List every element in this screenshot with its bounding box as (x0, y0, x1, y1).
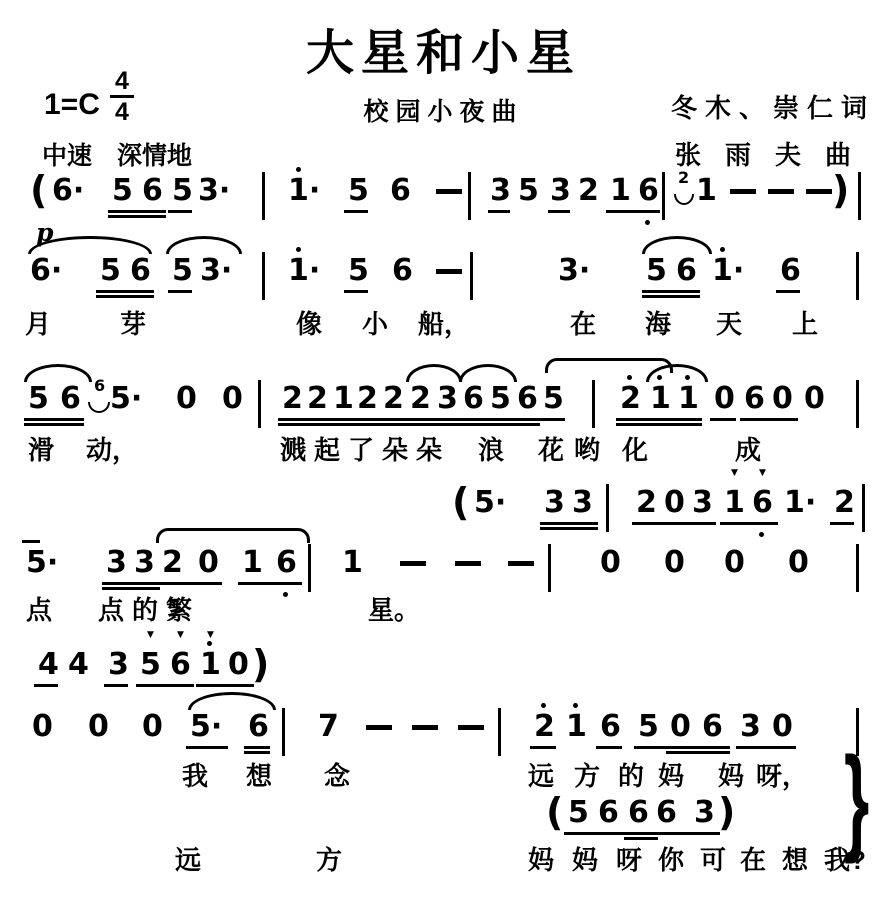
barline (258, 380, 261, 428)
note: 1 (696, 176, 717, 206)
beam-underline (238, 582, 302, 585)
note: 5 (490, 384, 511, 414)
duration-dash (436, 269, 462, 274)
lyric-syllable: 呀 (616, 846, 642, 875)
barline (606, 484, 609, 532)
barline (592, 380, 595, 428)
parenthesis: ( (452, 483, 469, 521)
lyric-syllable: 妈 (658, 762, 684, 791)
slur-arc (406, 364, 462, 382)
beam-underline (168, 210, 192, 213)
slur-arc (156, 528, 310, 543)
lyric-syllable: 芽 (120, 310, 146, 339)
lyric-syllable: 念 (324, 762, 350, 791)
lyric-syllable: 我 (182, 762, 208, 791)
note: 3 (740, 712, 761, 742)
staccato-mark: ▼ (759, 469, 766, 478)
beam-underline (548, 210, 570, 213)
parenthesis: ) (718, 793, 735, 831)
lyric-syllable: 像 (296, 310, 322, 339)
note: 3 (550, 176, 571, 206)
note: 5▼ (140, 650, 161, 680)
lyric-syllable: 动， (86, 436, 138, 465)
note: 1 (610, 176, 631, 206)
note: 6 (390, 176, 411, 206)
note: 6 (744, 384, 765, 414)
slur-arc (642, 236, 712, 254)
lyric-syllable: 月 (25, 310, 51, 339)
beam-underline (244, 746, 270, 749)
note: 3 (437, 384, 458, 414)
note: 5 (172, 176, 193, 206)
note: 6· (30, 256, 62, 286)
note: 1 (333, 384, 354, 414)
score-area: (6·5653·1·5635321621)6·5653·1·563·561·6月… (0, 0, 887, 905)
beam-underline (488, 210, 510, 213)
note: 1· (712, 256, 744, 286)
note: 3 (692, 488, 713, 518)
barline (262, 172, 265, 220)
barline (262, 252, 265, 300)
beam-underline (24, 418, 84, 421)
note: 1 (566, 712, 587, 742)
beam-underline (34, 684, 58, 687)
barline (548, 544, 551, 592)
duration-dash (730, 189, 756, 194)
slur-arc (188, 692, 276, 710)
note: 4 (38, 650, 59, 680)
note: 0 (32, 712, 53, 742)
beam-underline (666, 746, 730, 749)
note: 3 (544, 488, 565, 518)
note: 0 (142, 712, 163, 742)
note: 2 (620, 384, 641, 414)
note: 0 (714, 384, 735, 414)
duration-dash (458, 725, 484, 730)
lyric-syllable: 朵 (382, 436, 408, 465)
duration-dash (508, 561, 534, 566)
note: 1▼ (724, 488, 745, 518)
note: 3 (134, 548, 155, 578)
note: 0 (176, 384, 197, 414)
note: 3 (106, 548, 127, 578)
octave-dot-above (296, 247, 301, 252)
note: 3 (694, 798, 715, 828)
lyric-syllable: 起 (314, 436, 340, 465)
note: 6 (392, 256, 413, 286)
note: 2 (357, 384, 378, 414)
tie-continuation-dash (22, 540, 40, 543)
barline (662, 172, 665, 220)
note: 2 (282, 384, 303, 414)
note: 1· (784, 488, 816, 518)
note: 6 (517, 384, 538, 414)
lyric-syllable: 想 (246, 762, 272, 791)
beam-underline (642, 290, 700, 293)
slur-arc (166, 236, 242, 254)
note: 6 (130, 256, 151, 286)
grace-note: 2 (678, 170, 689, 186)
beam-underline (736, 746, 796, 749)
lyric-syllable: 在 (740, 846, 766, 875)
parenthesis: ) (832, 171, 849, 209)
note: 1▼ (200, 650, 221, 680)
octave-dot-below (283, 592, 288, 597)
barline (470, 252, 473, 300)
lyric-syllable: 小 (362, 310, 388, 339)
tie-arc (88, 402, 110, 413)
octave-dot-above (720, 247, 725, 252)
beam-underline (740, 418, 798, 421)
note: 7 (318, 712, 339, 742)
note: 3· (198, 176, 230, 206)
note: 0 (788, 548, 809, 578)
beam-underline (540, 522, 598, 525)
slur-arc (28, 236, 152, 254)
note: 6 (248, 712, 269, 742)
note: 6 (142, 176, 163, 206)
octave-dot-above (296, 167, 301, 172)
lyric-syllable: 繁 (166, 596, 192, 625)
note: 6 (463, 384, 484, 414)
note: 6 (676, 256, 697, 286)
beam-underline (104, 684, 128, 687)
beam-underline (539, 418, 565, 421)
beam-underline (158, 582, 222, 585)
note: 1 (342, 548, 363, 578)
beam-underline (379, 418, 489, 421)
beam-underline (196, 684, 254, 687)
lyric-syllable: 哟 (574, 436, 600, 465)
note: 6 (780, 256, 801, 286)
note: 5 (646, 256, 667, 286)
staccato-mark: ▼ (731, 469, 738, 478)
note: 5 (112, 176, 133, 206)
lyric-syllable: 的 (132, 596, 158, 625)
note: 1 (678, 384, 699, 414)
staccato-mark: ▼ (207, 631, 214, 640)
note: 2 (383, 384, 404, 414)
lyric-syllable: 呀， (756, 762, 808, 791)
note: 6 (598, 798, 619, 828)
lyric-syllable: 点 (26, 596, 52, 625)
note: 1 (242, 548, 263, 578)
note: 2 (578, 176, 599, 206)
note: 6· (52, 176, 84, 206)
octave-dot-above (573, 703, 578, 708)
duration-dash (436, 189, 462, 194)
beam-underline (652, 832, 720, 835)
note: 0 (804, 384, 825, 414)
lyric-syllable: 你 (658, 846, 684, 875)
lyric-syllable: 方 (574, 762, 600, 791)
note: 5· (474, 488, 506, 518)
lyric-syllable: 化 (622, 436, 648, 465)
beam-underline (830, 522, 854, 525)
barline (498, 708, 501, 756)
beam-underline (606, 210, 660, 213)
note: 5· (26, 548, 58, 578)
barline (856, 380, 859, 428)
note: 2 (534, 712, 555, 742)
duration-dash (400, 561, 426, 566)
duration-dash (366, 725, 392, 730)
parenthesis: ( (30, 171, 47, 209)
note: 0 (600, 548, 621, 578)
note: 5 (100, 256, 121, 286)
lyric-syllable: 天 (716, 310, 742, 339)
lyric-syllable: 浪 (478, 436, 504, 465)
note: 2 (307, 384, 328, 414)
lyric-syllable: 远 (175, 846, 201, 875)
barline (468, 172, 471, 220)
lyric-syllable: 想 (782, 846, 808, 875)
beam-underline (186, 746, 228, 749)
octave-dot-below (759, 532, 764, 537)
note: 2 (162, 548, 183, 578)
tie-arc (674, 194, 694, 205)
closing-brace: } (844, 740, 869, 858)
lyric-syllable: 上 (792, 310, 818, 339)
lyric-syllable: 可 (700, 846, 726, 875)
octave-dot-above (627, 375, 632, 380)
note: 1· (288, 256, 320, 286)
parenthesis: ) (252, 645, 269, 683)
lyric-syllable: 朵 (416, 436, 442, 465)
lyric-syllable: 远 (528, 762, 554, 791)
beam-underline (344, 210, 368, 213)
note: 5 (28, 384, 49, 414)
note: 3· (200, 256, 232, 286)
note: 0 (198, 548, 219, 578)
sheet-music-page: 大星和小星 1=C 4 4 校园小夜曲 中速 深情地 冬木、崇仁词 张雨夫曲 p… (0, 0, 887, 905)
grace-note: 6 (94, 378, 105, 394)
note: 6 (702, 712, 723, 742)
lyric-syllable: 了 (348, 436, 374, 465)
staccato-mark: ▼ (147, 631, 154, 640)
duration-dash (806, 189, 832, 194)
beam-underline (530, 746, 556, 749)
note: 6 (600, 712, 621, 742)
lyric-syllable: 成 (735, 436, 761, 465)
duration-dash (768, 189, 794, 194)
octave-dot-above (541, 703, 546, 708)
beam-underline (616, 418, 702, 421)
beam-underline (776, 290, 800, 293)
octave-dot-below (645, 220, 650, 225)
lyric-syllable: 溅 (280, 436, 306, 465)
note: 4 (68, 650, 89, 680)
lyric-syllable: 妈 (572, 846, 598, 875)
note: 5 (568, 798, 589, 828)
note: 3· (558, 256, 590, 286)
lyric-syllable: 滑 (28, 436, 54, 465)
lyric-syllable: 点 (98, 596, 124, 625)
note: 5· (190, 712, 222, 742)
note: 0 (228, 650, 249, 680)
parenthesis: ( (546, 793, 563, 831)
barline (856, 544, 859, 592)
note: 2 (834, 488, 855, 518)
beam-underline (720, 522, 778, 525)
note: 6 (656, 798, 677, 828)
note: 6 (60, 384, 81, 414)
note: 5 (348, 256, 369, 286)
note: 0 (670, 712, 691, 742)
beam-underline (108, 210, 166, 213)
slur-arc (459, 364, 517, 382)
note: 0 (724, 548, 745, 578)
lyric-syllable: 海 (645, 310, 671, 339)
lyric-syllable: 妈 (528, 846, 554, 875)
slur-arc (24, 364, 92, 382)
note: 6 (276, 548, 297, 578)
barline (862, 484, 865, 532)
note: 0 (88, 712, 109, 742)
note: 0 (664, 488, 685, 518)
beam-underline (96, 290, 154, 293)
beam-underline (168, 290, 192, 293)
note: 6 (628, 798, 649, 828)
beam-underline (596, 746, 622, 749)
duration-dash (412, 725, 438, 730)
lyric-syllable: 的 (618, 762, 644, 791)
lyric-syllable: 花 (538, 436, 564, 465)
note: 2 (636, 488, 657, 518)
beam-underline (486, 418, 540, 421)
note: 6▼ (170, 650, 191, 680)
lyric-syllable: 船， (418, 310, 470, 339)
note: 6 (638, 176, 659, 206)
note: 1 (650, 384, 671, 414)
lyric-syllable: 方 (316, 846, 342, 875)
note: 5 (638, 712, 659, 742)
note: 0 (222, 384, 243, 414)
beam-underline (632, 522, 716, 525)
note: 0 (772, 384, 793, 414)
staccato-mark: ▼ (177, 631, 184, 640)
note: 0 (772, 712, 793, 742)
lyric-syllable: 妈 (718, 762, 744, 791)
note: 3 (108, 650, 129, 680)
beam-underline (710, 418, 736, 421)
barline (858, 172, 861, 220)
barline (282, 708, 285, 756)
note: 1· (288, 176, 320, 206)
beam-underline (278, 418, 382, 421)
beam-underline (136, 684, 194, 687)
note: 6▼ (752, 488, 773, 518)
note: 3 (490, 176, 511, 206)
note: 5 (348, 176, 369, 206)
note: 5 (543, 384, 564, 414)
duration-dash (455, 561, 481, 566)
beam-underline (102, 582, 160, 585)
lyric-syllable: 在 (570, 310, 596, 339)
note: 0 (664, 548, 685, 578)
note: 5 (518, 176, 539, 206)
note: 3 (572, 488, 593, 518)
note: 5 (172, 256, 193, 286)
beam-underline (344, 290, 368, 293)
note: 5· (110, 384, 142, 414)
barline (856, 252, 859, 300)
lyric-syllable: 星。 (368, 596, 420, 625)
note: 2 (410, 384, 431, 414)
barline (308, 544, 311, 592)
octave-dot-above (207, 641, 212, 646)
